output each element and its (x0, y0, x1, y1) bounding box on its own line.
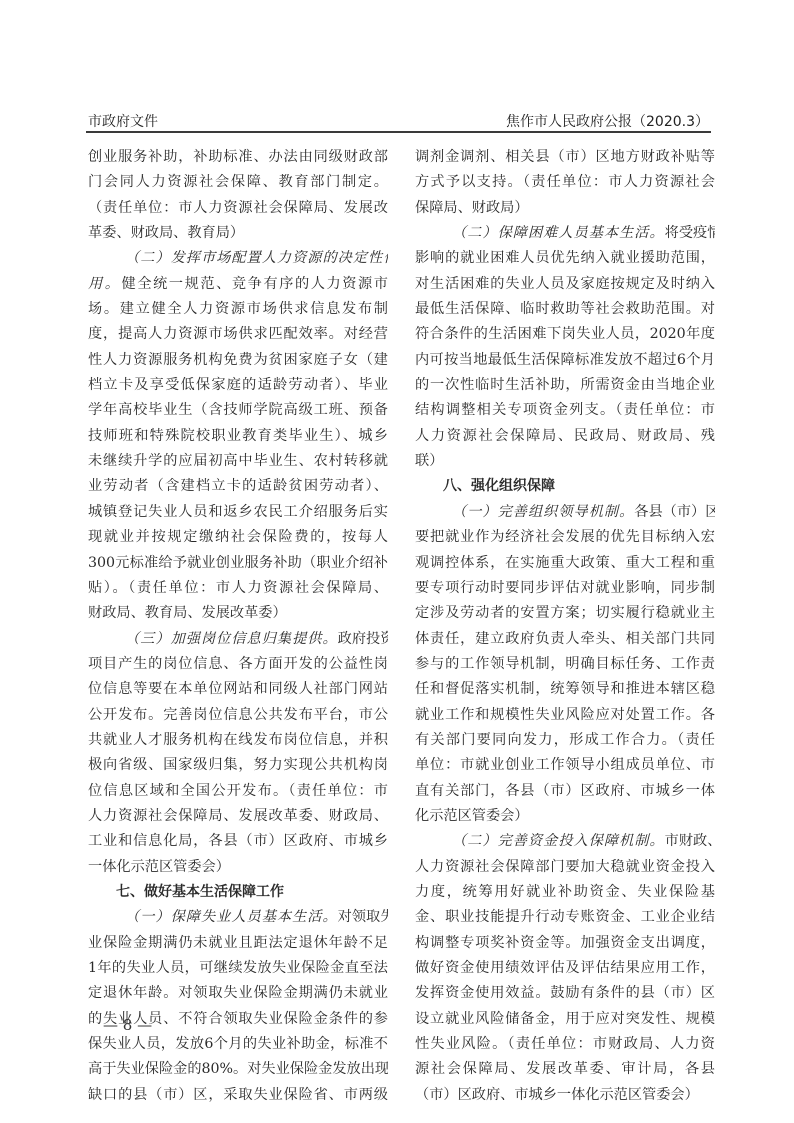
body-line: 缺口的县（市）区，采取失业保险省、市两级 (88, 1083, 388, 1108)
body-line: 共就业人才服务机构在线发布岗位信息，并积 (88, 728, 388, 753)
right-column: 调剂金调剂、相关县（市）区地方财政补贴等方式予以支持。（责任单位：市人力资源社会… (415, 145, 715, 1108)
body-line: 化示范区管委会） (415, 804, 715, 829)
body-line: 位信息等要在本单位网站和同级人社部门网站 (88, 677, 388, 702)
subsection-title: （二）发挥市场配置人力资源的决定性作 (125, 250, 388, 266)
body-line: 门会同人力资源社会保障、教育部门制定。 (88, 170, 388, 195)
body-line: 公开发布。完善岗位信息公共发布平台，市公 (88, 703, 388, 728)
body-text: 市财政、 (665, 833, 715, 849)
body-line: 场。建立健全人力资源市场供求信息发布制 (88, 297, 388, 322)
subsection-heading-line: （二）完善资金投入保障机制。市财政、 (415, 829, 715, 854)
body-line: 观调控体系，在实施重大政策、重大工程和重 (415, 551, 715, 576)
body-line: 金、职业技能提升行动专账资金、工业企业结 (415, 905, 715, 930)
body-line: 人力资源社会保障部门要加大稳就业资金投入 (415, 855, 715, 880)
body-line: 业保险金期满仍未就业且距法定退休年龄不足 (88, 931, 388, 956)
body-text: 将受疫情 (665, 225, 715, 241)
body-line: 未继续升学的应届初高中毕业生、农村转移就 (88, 449, 388, 474)
subsection-title: （二）完善资金投入保障机制。 (452, 833, 665, 849)
body-line: 对生活困难的失业人员及家庭按规定及时纳入 (415, 272, 715, 297)
body-line: 工业和信息化局，各县（市）区政府、市城乡 (88, 829, 388, 854)
body-line: 技师班和特殊院校职业教育类毕业生）、城乡 (88, 424, 388, 449)
body-line: 单位：市就业创业工作领导小组成员单位、市 (415, 753, 715, 778)
body-line: 就业工作和规模性失业风险应对处置工作。各 (415, 703, 715, 728)
subsection-title: （一）保障失业人员基本生活。 (125, 909, 338, 925)
subsection-heading-line: （一）完善组织领导机制。各县（市）区 (415, 500, 715, 525)
body-line: 有关部门要同向发力，形成工作合力。（责任 (415, 728, 715, 753)
body-line: 贴）。（责任单位：市人力资源社会保障局、 (88, 576, 388, 601)
body-line: 革委、财政局、教育局） (88, 221, 388, 246)
body-text: 政府投资 (338, 631, 388, 647)
body-line: 要把就业作为经济社会发展的优先目标纳入宏 (415, 525, 715, 550)
body-line: 财政局、教育局、发展改革委） (88, 601, 388, 626)
body-line: 设立就业风险储备金，用于应对突发性、规模 (415, 1007, 715, 1032)
body-line: 联） (415, 449, 715, 474)
body-line: 项目产生的岗位信息、各方面开发的公益性岗 (88, 652, 388, 677)
subsection-title: （一）完善组织领导机制。 (452, 504, 634, 520)
subsection-heading-line: （一）保障失业人员基本生活。对领取失 (88, 905, 388, 930)
body-line: 参与的工作领导机制，明确目标任务、工作责 (415, 652, 715, 677)
left-column: 创业服务补助，补助标准、办法由同级财政部门会同人力资源社会保障、教育部门制定。（… (88, 145, 388, 1108)
body-line: 档立卡及享受低保家庭的适龄劳动者）、毕业 (88, 373, 388, 398)
body-line: 1年的失业人员，可继续发放失业保险金直至法 (88, 956, 388, 981)
subsection-title: （三）加强岗位信息归集提供。 (125, 631, 338, 647)
body-line: 用。健全统一规范、竞争有序的人力资源市 (88, 272, 388, 297)
body-line: 力度，统筹用好就业补助资金、失业保险基 (415, 880, 715, 905)
body-line: 做好资金使用绩效评估及评估结果应用工作， (415, 956, 715, 981)
body-line: 业劳动者（含建档立卡的适龄贫困劳动者）、 (88, 474, 388, 499)
subsection-title: （二）保障困难人员基本生活。 (452, 225, 665, 241)
body-line: 度，提高人力资源市场供求匹配效率。对经营 (88, 322, 388, 347)
body-line: 一体化示范区管委会） (88, 855, 388, 880)
body-line: 发挥资金使用效益。鼓励有条件的县（市）区 (415, 981, 715, 1006)
body-line: 任和督促落实机制，统筹领导和推进本辖区稳 (415, 677, 715, 702)
body-text: 健全统一规范、竞争有序的人力资源市 (122, 276, 388, 292)
body-line: 性人力资源服务机构免费为贫困家庭子女（建 (88, 348, 388, 373)
body-line: （责任单位：市人力资源社会保障局、发展改 (88, 196, 388, 221)
body-line: 人力资源社会保障局、发展改革委、财政局、 (88, 804, 388, 829)
body-line: 极向省级、国家级归集，努力实现公共机构岗 (88, 753, 388, 778)
subsection-heading-line: （三）加强岗位信息归集提供。政府投资 (88, 627, 388, 652)
body-line: 现就业并按规定缴纳社会保险费的，按每人 (88, 525, 388, 550)
body-line: 创业服务补助，补助标准、办法由同级财政部 (88, 145, 388, 170)
body-line: 要专项行动时要同步评估对就业影响，同步制 (415, 576, 715, 601)
subsection-title: 用。 (88, 276, 122, 292)
body-line: 源社会保障局、发展改革委、审计局，各县 (415, 1057, 715, 1082)
body-line: 最低生活保障、临时救助等社会救助范围。对 (415, 297, 715, 322)
section-heading: 八、强化组织保障 (415, 474, 715, 499)
header-rule (86, 131, 711, 133)
body-line: 定涉及劳动者的安置方案；切实履行稳就业主 (415, 601, 715, 626)
body-text: 各县（市）区 (634, 504, 715, 520)
body-line: 位信息区域和全国公开发布。（责任单位：市 (88, 779, 388, 804)
body-line: （市）区政府、市城乡一体化示范区管委会） (415, 1083, 715, 1108)
subsection-heading-line: （二）发挥市场配置人力资源的决定性作 (88, 246, 388, 271)
body-line: 影响的就业困难人员优先纳入就业援助范围， (415, 246, 715, 271)
section-heading: 七、做好基本生活保障工作 (88, 880, 388, 905)
body-line: 保失业人员，发放6个月的失业补助金，标准不 (88, 1032, 388, 1057)
body-line: 300元标准给予就业创业服务补助（职业介绍补 (88, 551, 388, 576)
body-line: 内可按当地最低生活保障标准发放不超过6个月 (415, 348, 715, 373)
body-line: 构调整专项奖补资金等。加强资金支出调度， (415, 931, 715, 956)
body-line: 定退休年龄。对领取失业保险金期满仍未就业 (88, 981, 388, 1006)
body-line: 调剂金调剂、相关县（市）区地方财政补贴等 (415, 145, 715, 170)
body-text: 对领取失 (338, 909, 388, 925)
body-line: 保障局、财政局） (415, 196, 715, 221)
body-line: 直有关部门，各县（市）区政府、市城乡一体 (415, 779, 715, 804)
body-line: 高于失业保险金的80%。对失业保险金发放出现 (88, 1057, 388, 1082)
page-number: — 8 — (103, 1016, 152, 1034)
body-line: 方式予以支持。（责任单位：市人力资源社会 (415, 170, 715, 195)
subsection-heading-line: （二）保障困难人员基本生活。将受疫情 (415, 221, 715, 246)
body-line: 性失业风险。（责任单位：市财政局、人力资 (415, 1032, 715, 1057)
body-line: 的一次性临时生活补助，所需资金由当地企业 (415, 373, 715, 398)
body-line: 人力资源社会保障局、民政局、财政局、残 (415, 424, 715, 449)
header-publication-title: 焦作市人民政府公报（2020.3） (506, 111, 709, 131)
body-line: 城镇登记失业人员和返乡农民工介绍服务后实 (88, 500, 388, 525)
body-line: 结构调整相关专项资金列支。（责任单位：市 (415, 398, 715, 423)
running-header: 市政府文件 焦作市人民政府公报（2020.3） (88, 108, 709, 132)
body-line: 体责任，建立政府负责人牵头、相关部门共同 (415, 627, 715, 652)
body-line: 符合条件的生活困难下岗失业人员，2020年度 (415, 322, 715, 347)
header-section-label: 市政府文件 (88, 111, 158, 131)
body-line: 学年高校毕业生（含技师学院高级工班、预备 (88, 398, 388, 423)
